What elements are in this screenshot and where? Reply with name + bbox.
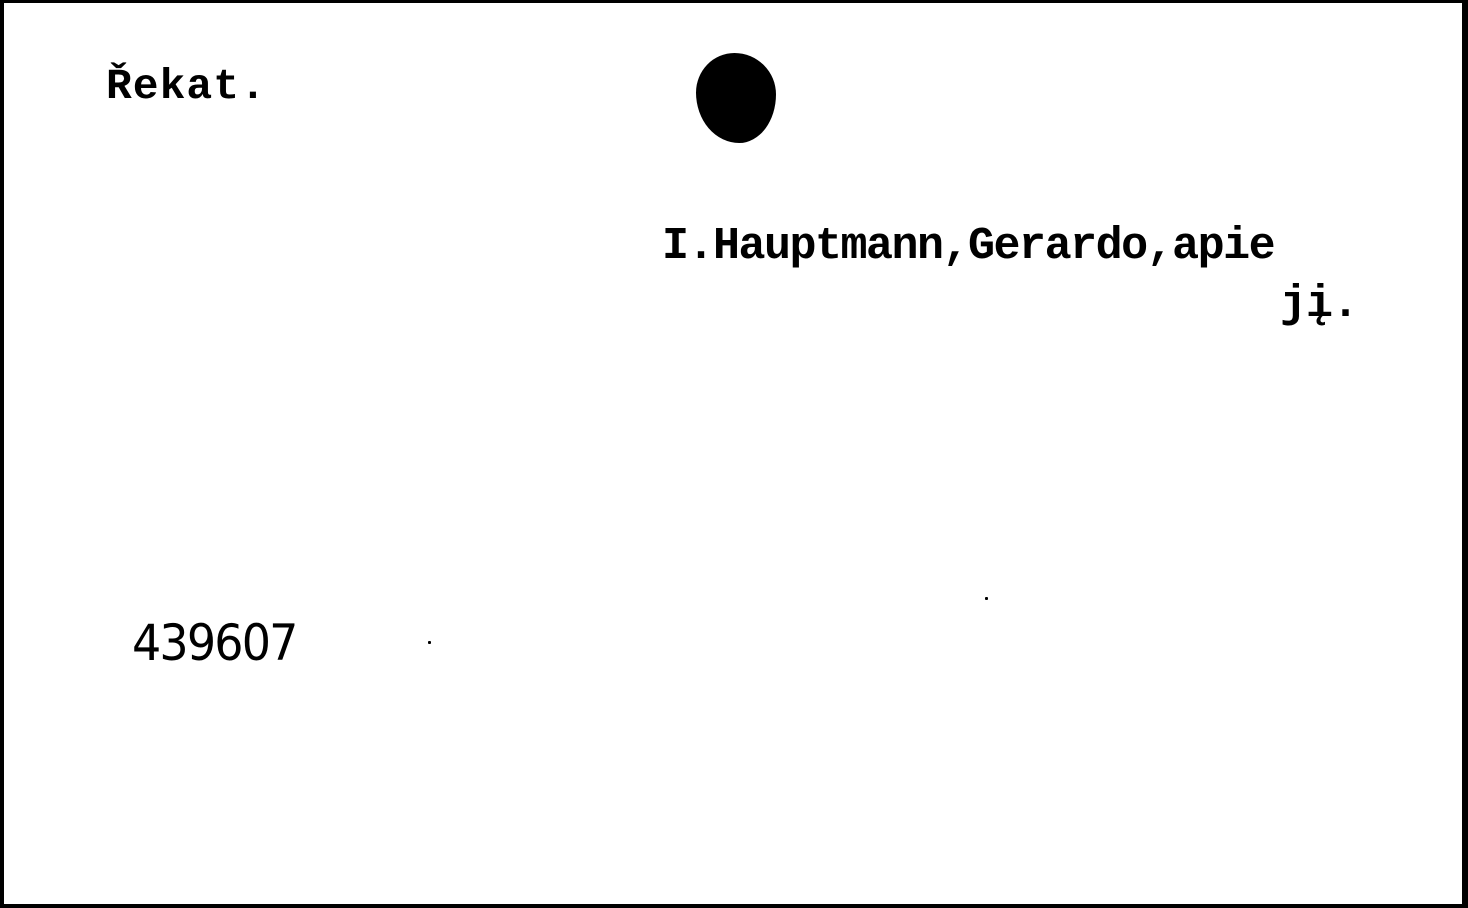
entry-name-continuation: jį. xyxy=(1280,282,1358,327)
card-heading: Řekat. xyxy=(106,65,267,108)
catalog-number: 439607 xyxy=(132,618,297,668)
entry-name-line: I.Hauptmann,Gerardo,apie xyxy=(662,224,1274,269)
speck-mark xyxy=(985,597,988,600)
punch-hole-icon xyxy=(696,53,776,143)
speck-mark xyxy=(428,641,431,644)
index-card: Řekat. I.Hauptmann,Gerardo,apie jį. 4396… xyxy=(4,3,1462,904)
